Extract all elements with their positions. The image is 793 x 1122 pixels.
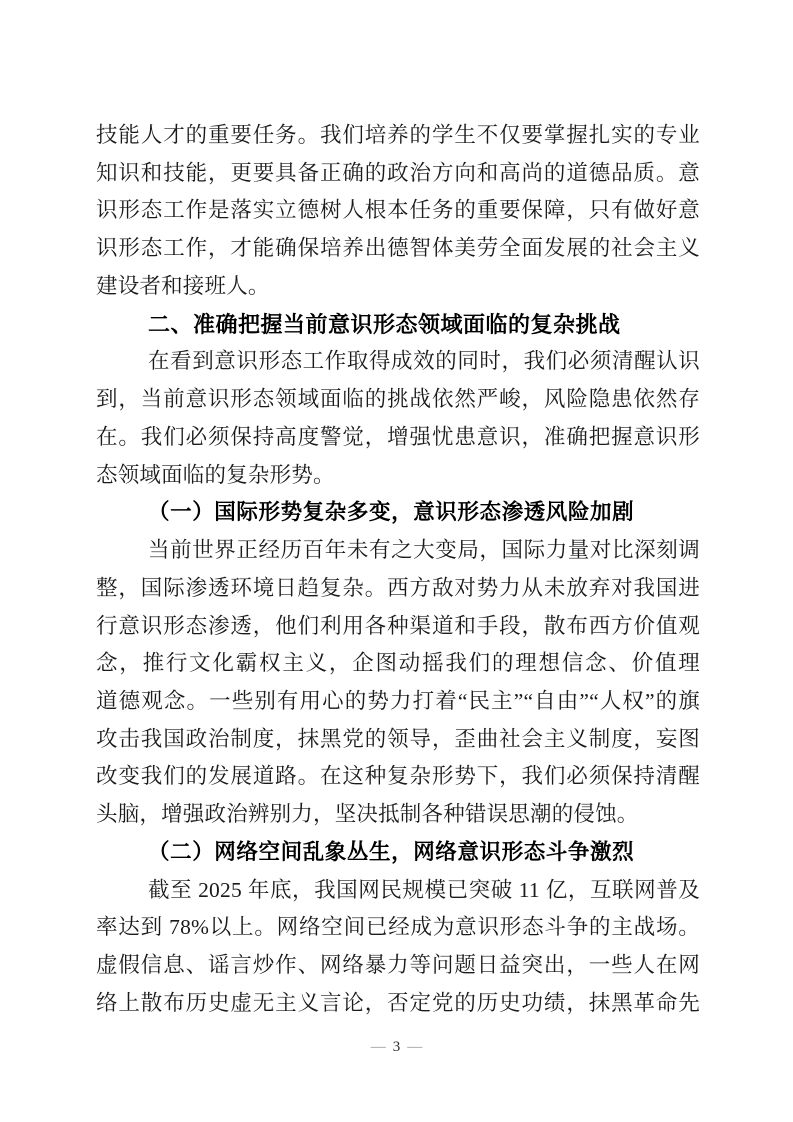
footer-dash-left: — <box>371 1039 386 1055</box>
text-line: 整，国际渗透环境日趋复杂。西方敌对势力从未放弃对我国进 <box>96 570 700 608</box>
text-line: 建设者和接班人。 <box>96 268 700 306</box>
text-line: 态领域面临的复杂形势。 <box>96 457 700 495</box>
text-line: 在看到意识形态工作取得成效的同时，我们必须清醒认识 <box>96 343 700 381</box>
text-line: 当前世界正经历百年未有之大变局，国际力量对比深刻调 <box>96 532 700 570</box>
text-line: 道德观念。一些别有用心的势力打着“民主”“自由”“人权”的旗号， <box>96 683 700 721</box>
document-page: 技能人才的重要任务。我们培养的学生不仅要掌握扎实的专业知识和技能，更要具备正确的… <box>0 0 793 1122</box>
text-line: 率达到 78%以上。网络空间已经成为意识形态斗争的主战场。 <box>96 909 700 947</box>
text-line: 识形态工作，才能确保培养出德智体美劳全面发展的社会主义 <box>96 230 700 268</box>
text-line: 技能人才的重要任务。我们培养的学生不仅要掌握扎实的专业 <box>96 117 700 155</box>
document-body: 技能人才的重要任务。我们培养的学生不仅要掌握扎实的专业知识和技能，更要具备正确的… <box>96 117 700 1023</box>
section-heading: 二、准确把握当前意识形态领域面临的复杂挑战 <box>96 306 700 344</box>
text-line: 虚假信息、谣言炒作、网络暴力等问题日益突出，一些人在网 <box>96 947 700 985</box>
text-line: 念，推行文化霸权主义，企图动摇我们的理想信念、价值理念、 <box>96 645 700 683</box>
subsection-heading: （二）网络空间乱象丛生，网络意识形态斗争激烈 <box>96 834 700 872</box>
text-line: 截至 2025 年底，我国网民规模已突破 11 亿，互联网普及 <box>96 872 700 910</box>
page-footer: —3— <box>0 1036 793 1058</box>
text-line: 识形态工作是落实立德树人根本任务的重要保障，只有做好意 <box>96 192 700 230</box>
footer-dash-right: — <box>407 1039 422 1055</box>
text-line: 头脑，增强政治辨别力，坚决抵制各种错误思潮的侵蚀。 <box>96 796 700 834</box>
subsection-heading: （一）国际形势复杂多变，意识形态渗透风险加剧 <box>96 494 700 532</box>
text-line: 知识和技能，更要具备正确的政治方向和高尚的道德品质。意 <box>96 155 700 193</box>
text-line: 改变我们的发展道路。在这种复杂形势下，我们必须保持清醒 <box>96 758 700 796</box>
text-line: 在。我们必须保持高度警觉，增强忧患意识，准确把握意识形 <box>96 419 700 457</box>
page-number: 3 <box>393 1039 401 1055</box>
text-line: 到，当前意识形态领域面临的挑战依然严峻，风险隐患依然存 <box>96 381 700 419</box>
text-line: 络上散布历史虚无主义言论，否定党的历史功绩，抹黑革命先 <box>96 985 700 1023</box>
text-line: 攻击我国政治制度，抹黑党的领导，歪曲社会主义制度，妄图 <box>96 721 700 759</box>
text-line: 行意识形态渗透，他们利用各种渠道和手段，散布西方价值观 <box>96 608 700 646</box>
